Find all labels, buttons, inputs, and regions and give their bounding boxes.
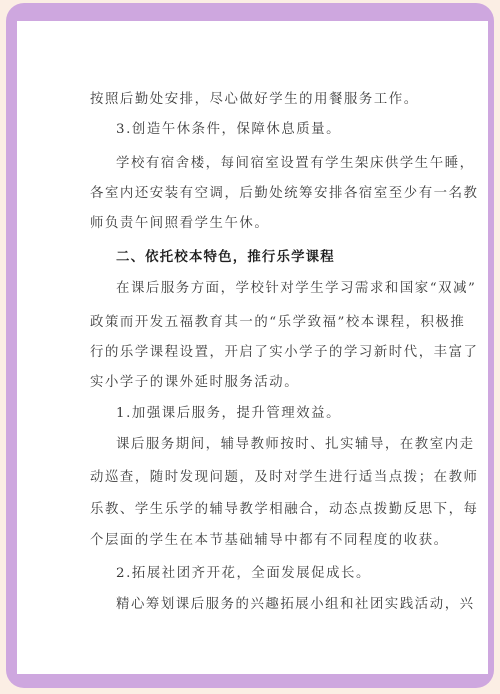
body-line: 动巡查，随时发现问题，及时对学生进行适当点拨；在教师 [90, 470, 478, 486]
body-line: 精心筹划课后服务的兴趣拓展小组和社团实践活动，兴 [116, 597, 475, 613]
subheading-line: 1.加强课后服务，提升管理效益。 [116, 406, 341, 422]
subheading-line: 3.创造午休条件，保障休息质量。 [116, 122, 341, 138]
body-line: 实小学子的课外延时服务活动。 [90, 375, 299, 391]
subheading-line: 2.拓展社团齐开花，全面发展促成长。 [116, 566, 371, 582]
body-line: 各室内还安装有空调，后勤处统筹安排各宿室至少有一名教 [90, 186, 478, 202]
body-line: 课后服务期间，辅导教师按时、扎实辅导，在教室内走 [116, 437, 475, 453]
body-line: 乐教、学生乐学的辅导教学相融合，动态点拨勤反思下，每 [90, 502, 478, 518]
section-heading: 二、依托校本特色，推行乐学课程 [116, 250, 335, 266]
body-line: 学校有宿舍楼，每间宿室设置有学生架床供学生午睡， [116, 156, 475, 172]
body-line: 师负责午间照看学生午休。 [90, 216, 269, 232]
body-line: 行的乐学课程设置，开启了实小学子的学习新时代，丰富了 [90, 345, 478, 361]
body-line: 政策而开发五福教育其一的“乐学致福”校本课程，积极推 [90, 315, 465, 331]
body-line: 按照后勤处安排，尽心做好学生的用餐服务工作。 [90, 92, 419, 108]
body-line: 在课后服务方面，学校针对学生学习需求和国家“双减” [116, 281, 476, 297]
body-line: 个层面的学生在本节基础辅导中都有不同程度的收获。 [90, 533, 449, 549]
